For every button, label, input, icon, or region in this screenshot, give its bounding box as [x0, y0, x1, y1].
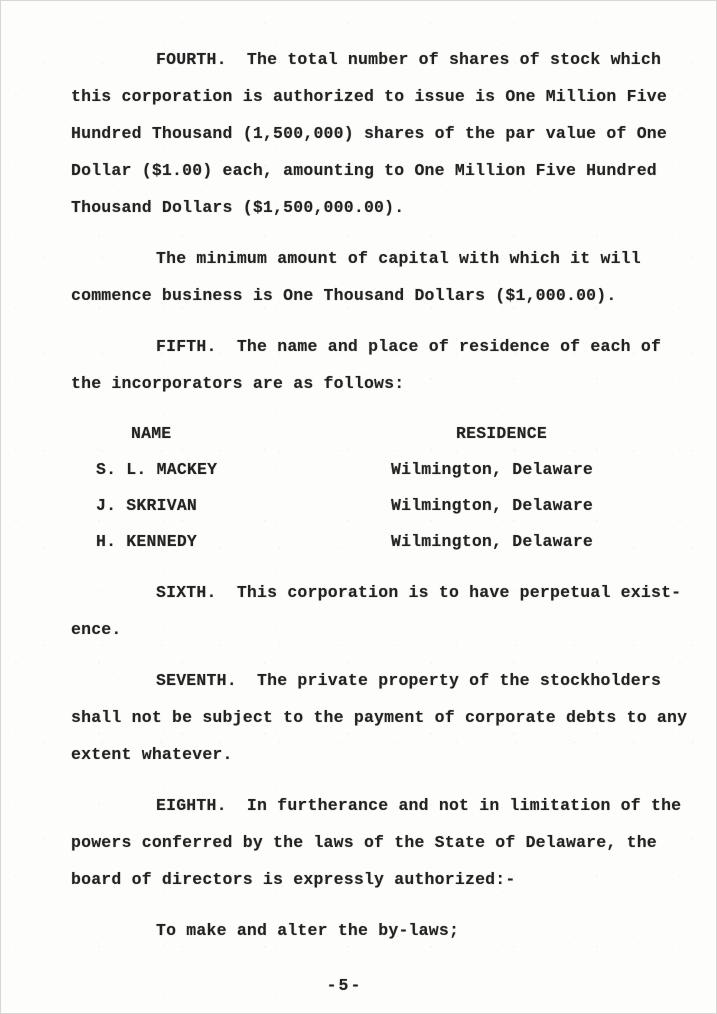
incorporator-name: J. SKRIVAN — [96, 488, 391, 524]
text-line: SIXTH. This corporation is to have perpe… — [71, 574, 698, 611]
paragraph-seventh: SEVENTH. The private property of the sto… — [71, 662, 698, 773]
table-row: J. SKRIVAN Wilmington, Delaware — [71, 488, 698, 524]
text-line: The minimum amount of capital with which… — [71, 240, 698, 277]
text-line: SEVENTH. The private property of the sto… — [71, 662, 698, 699]
text-line: powers conferred by the laws of the Stat… — [71, 824, 698, 861]
text-line: extent whatever. — [71, 736, 698, 773]
text-line: this corporation is authorized to issue … — [71, 78, 698, 115]
text-line: FOURTH. The total number of shares of st… — [71, 41, 698, 78]
incorporator-residence: Wilmington, Delaware — [391, 524, 698, 560]
document-body: FOURTH. The total number of shares of st… — [71, 41, 698, 949]
incorporator-residence: Wilmington, Delaware — [391, 452, 698, 488]
text-line: the incorporators are as follows: — [71, 365, 698, 402]
table-row: H. KENNEDY Wilmington, Delaware — [71, 524, 698, 560]
paragraph-sixth: SIXTH. This corporation is to have perpe… — [71, 574, 698, 648]
scanned-document-page: FOURTH. The total number of shares of st… — [0, 0, 717, 1014]
text-line: commence business is One Thousand Dollar… — [71, 277, 698, 314]
text-line: FIFTH. The name and place of residence o… — [71, 328, 698, 365]
text-line: Dollar ($1.00) each, amounting to One Mi… — [71, 152, 698, 189]
text-line: EIGHTH. In furtherance and not in limita… — [71, 787, 698, 824]
column-header-residence: RESIDENCE — [391, 416, 698, 452]
incorporators-table: NAME RESIDENCE S. L. MACKEY Wilmington, … — [71, 416, 698, 560]
paragraph-eighth: EIGHTH. In furtherance and not in limita… — [71, 787, 698, 898]
paragraph-minimum-capital: The minimum amount of capital with which… — [71, 240, 698, 314]
incorporator-name: H. KENNEDY — [96, 524, 391, 560]
table-header-row: NAME RESIDENCE — [71, 416, 698, 452]
paragraph-fifth: FIFTH. The name and place of residence o… — [71, 328, 698, 402]
text-line: To make and alter the by-laws; — [71, 912, 698, 949]
bylaws-clause: To make and alter the by-laws; — [71, 912, 698, 949]
text-line: Thousand Dollars ($1,500,000.00). — [71, 189, 698, 226]
paragraph-fourth: FOURTH. The total number of shares of st… — [71, 41, 698, 226]
text-line: shall not be subject to the payment of c… — [71, 699, 698, 736]
incorporator-residence: Wilmington, Delaware — [391, 488, 698, 524]
column-header-name: NAME — [96, 416, 391, 452]
page-number: -5- — [0, 976, 702, 995]
incorporator-name: S. L. MACKEY — [96, 452, 391, 488]
text-line: Hundred Thousand (1,500,000) shares of t… — [71, 115, 698, 152]
text-line: board of directors is expressly authoriz… — [71, 861, 698, 898]
text-line: ence. — [71, 611, 698, 648]
table-row: S. L. MACKEY Wilmington, Delaware — [71, 452, 698, 488]
